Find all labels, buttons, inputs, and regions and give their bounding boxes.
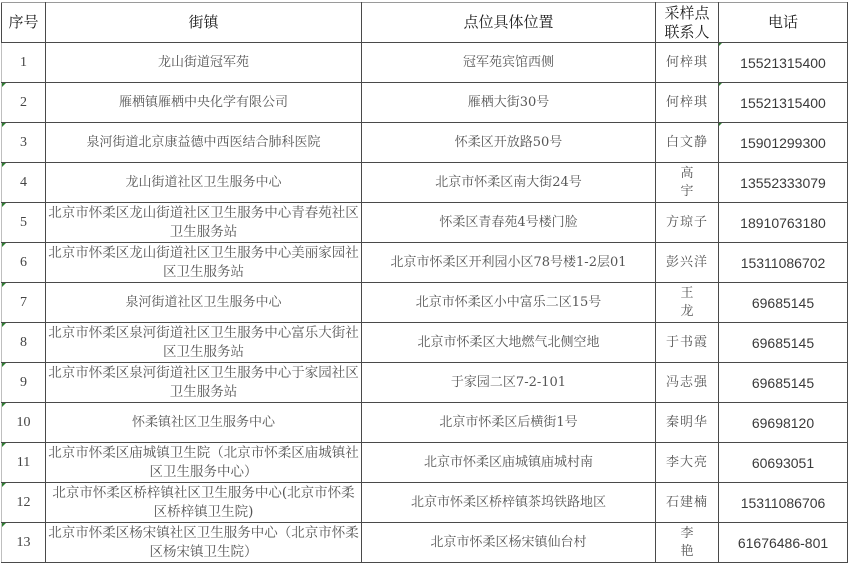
- cell-no[interactable]: 8: [2, 323, 46, 363]
- cell-no-value: 8: [20, 335, 27, 350]
- cell-phone[interactable]: 69685145: [719, 283, 848, 323]
- table-row: 2 雁栖镇雁栖中央化学有限公司 雁栖大街30号 何梓琪 15521315400: [2, 83, 848, 123]
- cell-no[interactable]: 13: [2, 523, 46, 563]
- cell-town[interactable]: 北京市怀柔区庙城镇卫生院（北京市怀柔区庙城镇社区卫生服务中心）: [46, 443, 362, 483]
- text-number-flag-icon: [2, 203, 6, 207]
- table-row: 11 北京市怀柔区庙城镇卫生院（北京市怀柔区庙城镇社区卫生服务中心） 北京市怀柔…: [2, 443, 848, 483]
- table-row: 4 龙山街道社区卫生服务中心 北京市怀柔区南大街24号 高宇 135523330…: [2, 163, 848, 203]
- cell-no[interactable]: 4: [2, 163, 46, 203]
- cell-phone[interactable]: 69698120: [719, 403, 848, 443]
- table-row: 10 怀柔镇社区卫生服务中心 北京市怀柔区后横街1号 秦明华 69698120: [2, 403, 848, 443]
- cell-no[interactable]: 7: [2, 283, 46, 323]
- cell-phone[interactable]: 61676486-801: [719, 523, 848, 563]
- cell-town[interactable]: 北京市怀柔区泉河街道社区卫生服务中心富乐大街社区卫生服务站: [46, 323, 362, 363]
- header-contact-label: 采样点联系人: [664, 4, 709, 41]
- table-row: 6 北京市怀柔区龙山街道社区卫生服务中心美丽家园社区卫生服务站 北京市怀柔区开利…: [2, 243, 848, 283]
- cell-location[interactable]: 北京市怀柔区小中富乐二区15号: [362, 283, 656, 323]
- cell-no-value: 6: [20, 255, 27, 270]
- cell-location[interactable]: 雁栖大街30号: [362, 83, 656, 123]
- text-number-flag-icon: [2, 403, 6, 407]
- cell-location[interactable]: 北京市怀柔区后横街1号: [362, 403, 656, 443]
- header-location[interactable]: 点位具体位置: [362, 3, 656, 43]
- cell-phone[interactable]: 18910763180: [719, 203, 848, 243]
- table-row: 12 北京市怀柔区桥梓镇社区卫生服务中心(北京市怀柔区桥梓镇卫生院) 北京市怀柔…: [2, 483, 848, 523]
- text-number-flag-icon: [719, 123, 722, 126]
- cell-phone[interactable]: 15311086702: [719, 243, 848, 283]
- cell-phone[interactable]: 60693051: [719, 443, 848, 483]
- cell-town[interactable]: 龙山街道社区卫生服务中心: [46, 163, 362, 203]
- table-row: 3 泉河街道北京康益德中西医结合肺科医院 怀柔区开放路50号 白文静 15901…: [2, 123, 848, 163]
- cell-phone-value: 15521315400: [740, 95, 826, 111]
- cell-contact[interactable]: 彭兴洋: [656, 243, 719, 283]
- text-number-flag-icon: [719, 83, 722, 86]
- cell-phone[interactable]: 15901299300: [719, 123, 848, 163]
- spreadsheet-table-container: 序号 街镇 点位具体位置 采样点联系人 电话 1 龙山街道冠军苑 冠军苑宾馆西侧…: [1, 2, 848, 563]
- sampling-sites-table: 序号 街镇 点位具体位置 采样点联系人 电话 1 龙山街道冠军苑 冠军苑宾馆西侧…: [1, 2, 848, 563]
- cell-contact[interactable]: 高宇: [656, 163, 719, 203]
- cell-phone[interactable]: 15521315400: [719, 83, 848, 123]
- cell-location[interactable]: 于家园二区7-2-101: [362, 363, 656, 403]
- cell-no-value: 2: [20, 95, 27, 110]
- cell-no-value: 7: [20, 295, 27, 310]
- cell-no[interactable]: 5: [2, 203, 46, 243]
- cell-town[interactable]: 北京市怀柔区杨宋镇社区卫生服务中心（北京市怀柔区杨宋镇卫生院）: [46, 523, 362, 563]
- cell-town[interactable]: 北京市怀柔区龙山街道社区卫生服务中心美丽家园社区卫生服务站: [46, 243, 362, 283]
- cell-location[interactable]: 北京市怀柔区大地燃气北侧空地: [362, 323, 656, 363]
- cell-phone-value: 15521315400: [740, 55, 826, 71]
- cell-contact[interactable]: 白文静: [656, 123, 719, 163]
- cell-no-value: 4: [20, 175, 27, 190]
- cell-location[interactable]: 北京市怀柔区南大街24号: [362, 163, 656, 203]
- header-no[interactable]: 序号: [2, 3, 46, 43]
- cell-no-value: 12: [17, 495, 31, 510]
- cell-no[interactable]: 3: [2, 123, 46, 163]
- cell-town[interactable]: 泉河街道社区卫生服务中心: [46, 283, 362, 323]
- table-row: 13 北京市怀柔区杨宋镇社区卫生服务中心（北京市怀柔区杨宋镇卫生院） 北京市怀柔…: [2, 523, 848, 563]
- text-number-flag-icon: [2, 483, 6, 487]
- cell-no-value: 10: [17, 415, 31, 430]
- cell-no-value: 11: [17, 455, 30, 470]
- cell-phone[interactable]: 15521315400: [719, 43, 848, 83]
- table-row: 5 北京市怀柔区龙山街道社区卫生服务中心青春苑社区卫生服务站 怀柔区青春苑4号楼…: [2, 203, 848, 243]
- text-number-flag-icon: [2, 283, 6, 287]
- cell-phone[interactable]: 13552333079: [719, 163, 848, 203]
- cell-no[interactable]: 10: [2, 403, 46, 443]
- cell-no[interactable]: 9: [2, 363, 46, 403]
- cell-no[interactable]: 11: [2, 443, 46, 483]
- header-contact[interactable]: 采样点联系人: [656, 3, 719, 43]
- header-town[interactable]: 街镇: [46, 3, 362, 43]
- cell-phone-value: 15901299300: [740, 135, 826, 151]
- cell-town[interactable]: 北京市怀柔区桥梓镇社区卫生服务中心(北京市怀柔区桥梓镇卫生院): [46, 483, 362, 523]
- header-row: 序号 街镇 点位具体位置 采样点联系人 电话: [2, 3, 848, 43]
- cell-phone[interactable]: 69685145: [719, 323, 848, 363]
- cell-contact[interactable]: 石建楠: [656, 483, 719, 523]
- cell-town[interactable]: 北京市怀柔区泉河街道社区卫生服务中心于家园社区卫生服务站: [46, 363, 362, 403]
- table-row: 8 北京市怀柔区泉河街道社区卫生服务中心富乐大街社区卫生服务站 北京市怀柔区大地…: [2, 323, 848, 363]
- cell-town[interactable]: 怀柔镇社区卫生服务中心: [46, 403, 362, 443]
- cell-no[interactable]: 2: [2, 83, 46, 123]
- text-number-flag-icon: [2, 163, 6, 167]
- cell-phone[interactable]: 69685145: [719, 363, 848, 403]
- header-phone[interactable]: 电话: [719, 3, 848, 43]
- cell-no[interactable]: 12: [2, 483, 46, 523]
- cell-no-value: 3: [20, 135, 27, 150]
- cell-no-value: 9: [20, 375, 27, 390]
- cell-no-value: 13: [17, 535, 31, 550]
- cell-contact[interactable]: 冯志强: [656, 363, 719, 403]
- text-number-flag-icon: [2, 363, 6, 367]
- text-number-flag-icon: [719, 43, 722, 46]
- cell-contact[interactable]: 于书霞: [656, 323, 719, 363]
- cell-contact[interactable]: 王龙: [656, 283, 719, 323]
- cell-contact[interactable]: 方琼子: [656, 203, 719, 243]
- table-body: 1 龙山街道冠军苑 冠军苑宾馆西侧 何梓琪 15521315400 2 雁栖镇雁…: [2, 43, 848, 563]
- cell-phone[interactable]: 15311086706: [719, 483, 848, 523]
- cell-no-value: 5: [20, 215, 27, 230]
- text-number-flag-icon: [2, 83, 6, 87]
- cell-town[interactable]: 雁栖镇雁栖中央化学有限公司: [46, 83, 362, 123]
- cell-location[interactable]: 北京市怀柔区桥梓镇茶坞铁路地区: [362, 483, 656, 523]
- table-row: 7 泉河街道社区卫生服务中心 北京市怀柔区小中富乐二区15号 王龙 696851…: [2, 283, 848, 323]
- cell-no[interactable]: 1: [2, 43, 46, 83]
- cell-contact[interactable]: 李大亮: [656, 443, 719, 483]
- cell-contact[interactable]: 李艳: [656, 523, 719, 563]
- text-number-flag-icon: [2, 243, 6, 247]
- cell-town[interactable]: 北京市怀柔区龙山街道社区卫生服务中心青春苑社区卫生服务站: [46, 203, 362, 243]
- text-number-flag-icon: [2, 323, 6, 327]
- cell-contact[interactable]: 秦明华: [656, 403, 719, 443]
- cell-contact[interactable]: 何梓琪: [656, 43, 719, 83]
- cell-town[interactable]: 泉河街道北京康益德中西医结合肺科医院: [46, 123, 362, 163]
- cell-contact[interactable]: 何梓琪: [656, 83, 719, 123]
- text-number-flag-icon: [2, 523, 6, 527]
- cell-location[interactable]: 北京市怀柔区开利园小区78号楼1-2层01: [362, 243, 656, 283]
- text-number-flag-icon: [2, 443, 6, 447]
- table-row: 9 北京市怀柔区泉河街道社区卫生服务中心于家园社区卫生服务站 于家园二区7-2-…: [2, 363, 848, 403]
- cell-town[interactable]: 龙山街道冠军苑: [46, 43, 362, 83]
- cell-location[interactable]: 北京市怀柔区庙城镇庙城村南: [362, 443, 656, 483]
- cell-location[interactable]: 冠军苑宾馆西侧: [362, 43, 656, 83]
- cell-location[interactable]: 北京市怀柔区杨宋镇仙台村: [362, 523, 656, 563]
- cell-location[interactable]: 怀柔区开放路50号: [362, 123, 656, 163]
- table-row: 1 龙山街道冠军苑 冠军苑宾馆西侧 何梓琪 15521315400: [2, 43, 848, 83]
- cell-no[interactable]: 6: [2, 243, 46, 283]
- cell-location[interactable]: 怀柔区青春苑4号楼门脸: [362, 203, 656, 243]
- text-number-flag-icon: [2, 123, 6, 127]
